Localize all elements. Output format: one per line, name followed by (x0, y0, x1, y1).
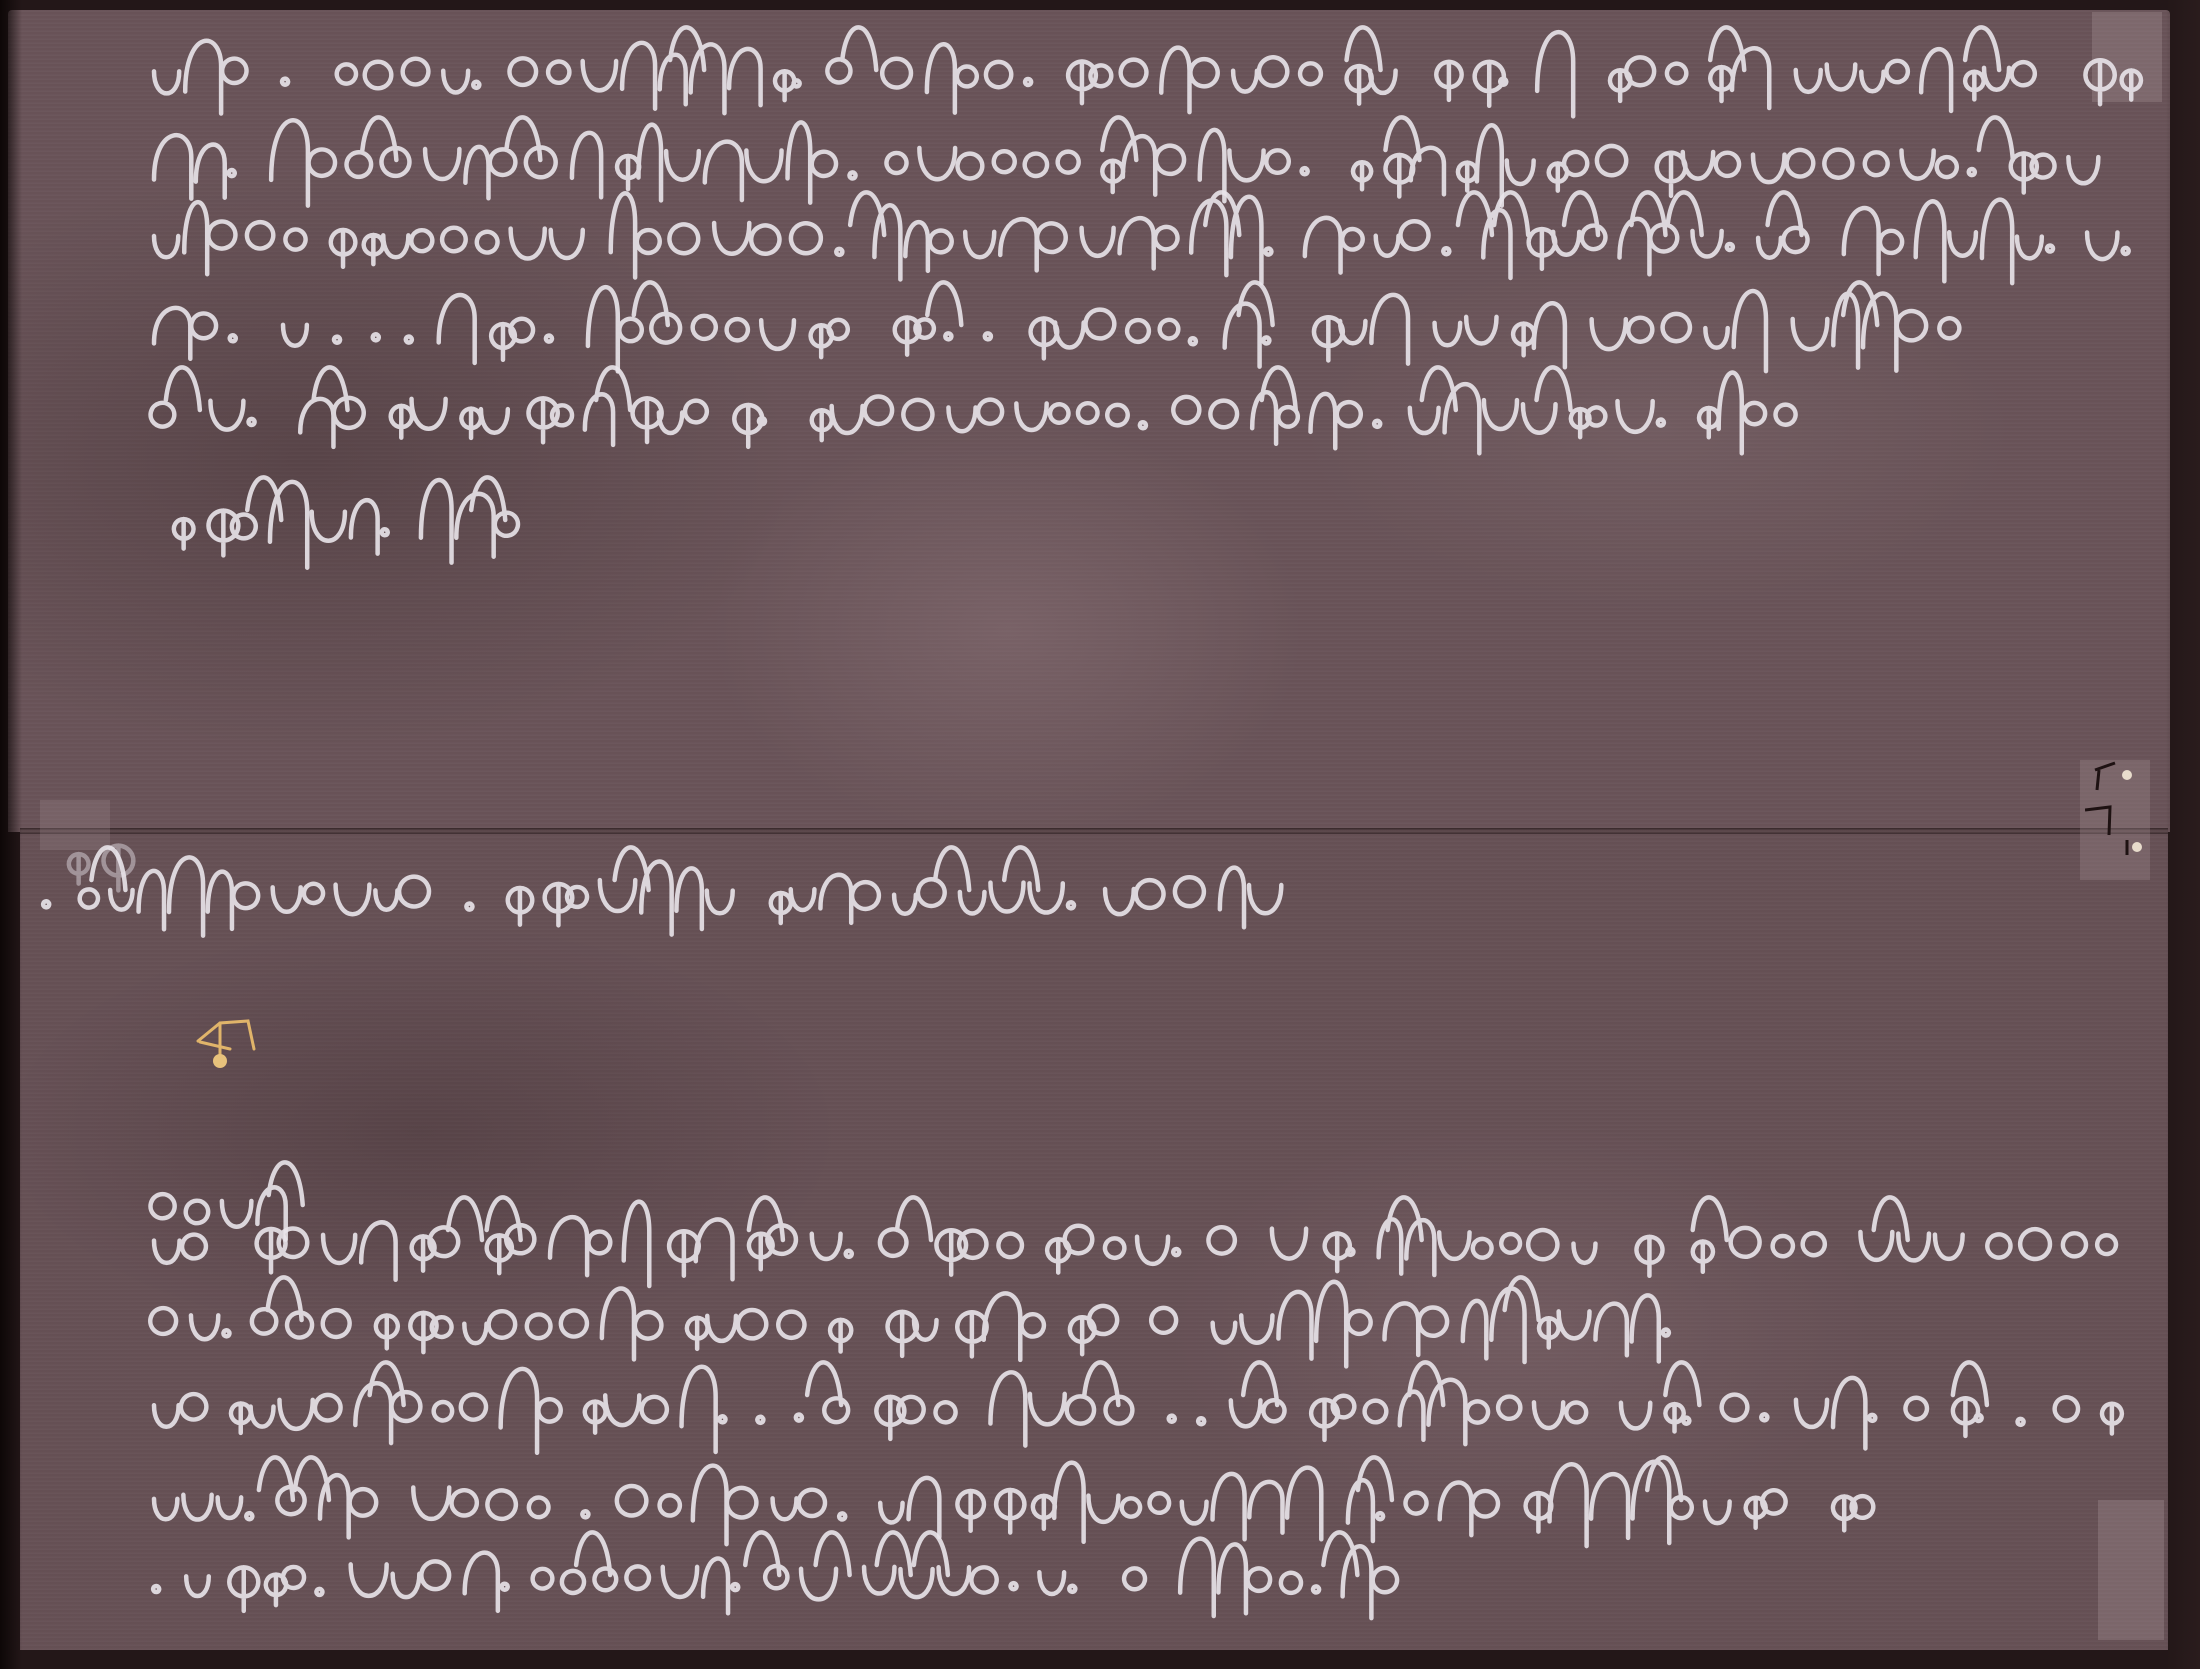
fold-hinge-marks-icon (2085, 755, 2145, 875)
note-line (55, 820, 135, 910)
handwritten-script-strokes (150, 1370, 2130, 1480)
bottom-line: ဂနာ၊ မိတ်တော်ဝဲဒံတောကာ အိုမ်တိမ်စိတ် ကြေ… (150, 1540, 1430, 1630)
handwritten-script-strokes (150, 375, 1800, 485)
top-line: ထောဂုမိတနင်ဖို ကျားကျောဂြေတော်မြို ကိုတု… (150, 290, 1980, 380)
bottom-line: ကကြေမိုကျားတာဘာ ဒိုမိမ်မိတ်ပြ ကြောအိုမို… (150, 1370, 2130, 1460)
handwritten-script-strokes (160, 485, 520, 595)
top-line: ကျိုးပါ ကိုး ရွှေ ကြိုးသော ကော်သည်မြတ်ခြ… (150, 200, 2150, 290)
left-edge-shadow (0, 0, 22, 1669)
small-annotation (55, 820, 135, 910)
manuscript-photo: မိလပဝိနိုဝ်ချုကါး ကျောငြာတော်မြနှင်ဖြ ဖိ… (0, 0, 2200, 1669)
bottom-line: ဥိုဝိုတခိတ်နှဝဲသော မိုပိုဏျား၃ မြေပေပရဝ်… (150, 1205, 2140, 1295)
top-line: ဂ ဆို၊တော ဖွိကြော်တိ ပိုသခြော ကျ၊ ဖြံဘာတ… (150, 375, 1800, 465)
gold-seal-mark-icon (190, 1015, 260, 1075)
handwritten-script-strokes (150, 1540, 1430, 1650)
top-line: မိလပဝိနိုဝ်ချုကါး ကျောငြာတော်မြနှင်ဖြ ဖိ… (150, 35, 2140, 125)
right-edge-shadow (2166, 0, 2200, 1669)
handwritten-script-strokes (55, 820, 135, 930)
note-line (160, 485, 520, 575)
marginal-note (160, 485, 520, 575)
handwritten-script-strokes (40, 855, 1320, 965)
corner-wear-bottom-right (2098, 1500, 2164, 1640)
bottom-line: သဂုဥပ်ဝါဆိုဆုံမျိုဖွဲ့ ကျ ၊ မ ဖိတွိသောမျ… (40, 855, 1320, 945)
fold-crease (20, 828, 2168, 834)
